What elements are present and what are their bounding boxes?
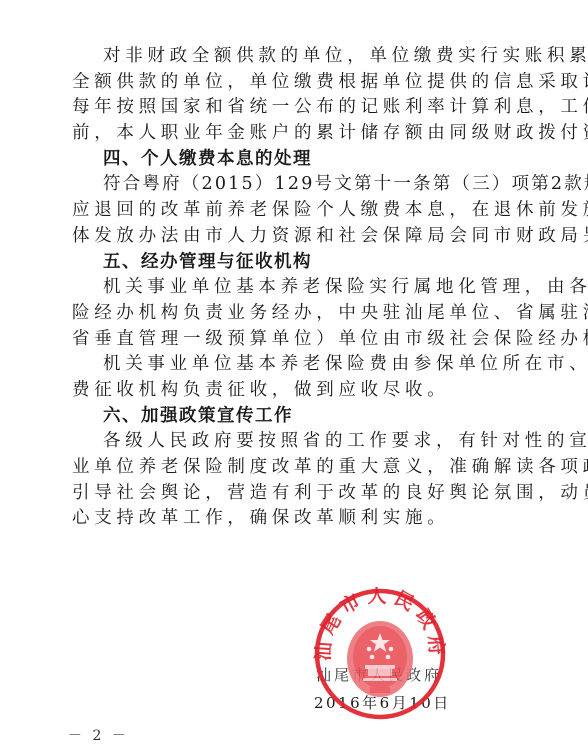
paragraph-line: 心支持改革工作，确保改革顺利实施。 [72, 506, 518, 532]
official-seal-icon: 汕尾市人民政府 [313, 587, 447, 721]
document-page: 对非财政全额供款的单位，单位缴费实行实账积累；对财政 全额供款的单位，单位缴费根… [0, 0, 588, 748]
paragraph-line: 体发放办法由市人力资源和社会保障局会同市财政局另行制定。 [72, 224, 518, 250]
paragraph-line: 全额供款的单位，单位缴费根据单位提供的信息采取记账方式， [72, 70, 518, 96]
paragraph-line: 业单位养老保险制度改革的重大意义，准确解读各项政策，正确 [72, 455, 518, 481]
paragraph-line: 前，本人职业年金账户的累计储存额由同级财政拨付资金记实。 [72, 121, 518, 147]
section-heading-5: 五、经办管理与征收机构 [72, 250, 518, 276]
section-heading-4: 四、个人缴费本息的处理 [72, 147, 518, 173]
paragraph-line: 每年按照国家和省统一公布的记账利率计算利息，工作人员退休 [72, 95, 518, 121]
paragraph-line: 费征收机构负责征收，做到应收尽收。 [72, 378, 518, 404]
paragraph-line: 各级人民政府要按照省的工作要求，有针对性的宣传机关事 [72, 429, 518, 455]
paragraph-line: 引导社会舆论，营造有利于改革的良好舆论氛围，动员全社会关 [72, 481, 518, 507]
section-heading-6: 六、加强政策宣传工作 [72, 404, 518, 430]
paragraph-line: 对非财政全额供款的单位，单位缴费实行实账积累；对财政 [72, 44, 518, 70]
document-body: 对非财政全额供款的单位，单位缴费实行实账积累；对财政 全额供款的单位，单位缴费根… [72, 44, 518, 532]
paragraph-line: 应退回的改革前养老保险个人缴费本息，在退休前发放本人。具 [72, 198, 518, 224]
page-number: － 2 － [68, 725, 129, 745]
paragraph-line: 省垂直管理一级预算单位）单位由市级社会保险经办机构经办。 [72, 327, 518, 353]
paragraph-line: 机关事业单位基本养老保险费由参保单位所在市、县级社保 [72, 352, 518, 378]
paragraph-line: 险经办机构负责业务经办，中央驻汕尾单位、省属驻汕尾（不含 [72, 301, 518, 327]
paragraph-line: 机关事业单位基本养老保险实行属地化管理，由各级社会保 [72, 275, 518, 301]
paragraph-line: 符合粤府（2015）129号文第十一条第（三）项第2款规定 [72, 172, 518, 198]
